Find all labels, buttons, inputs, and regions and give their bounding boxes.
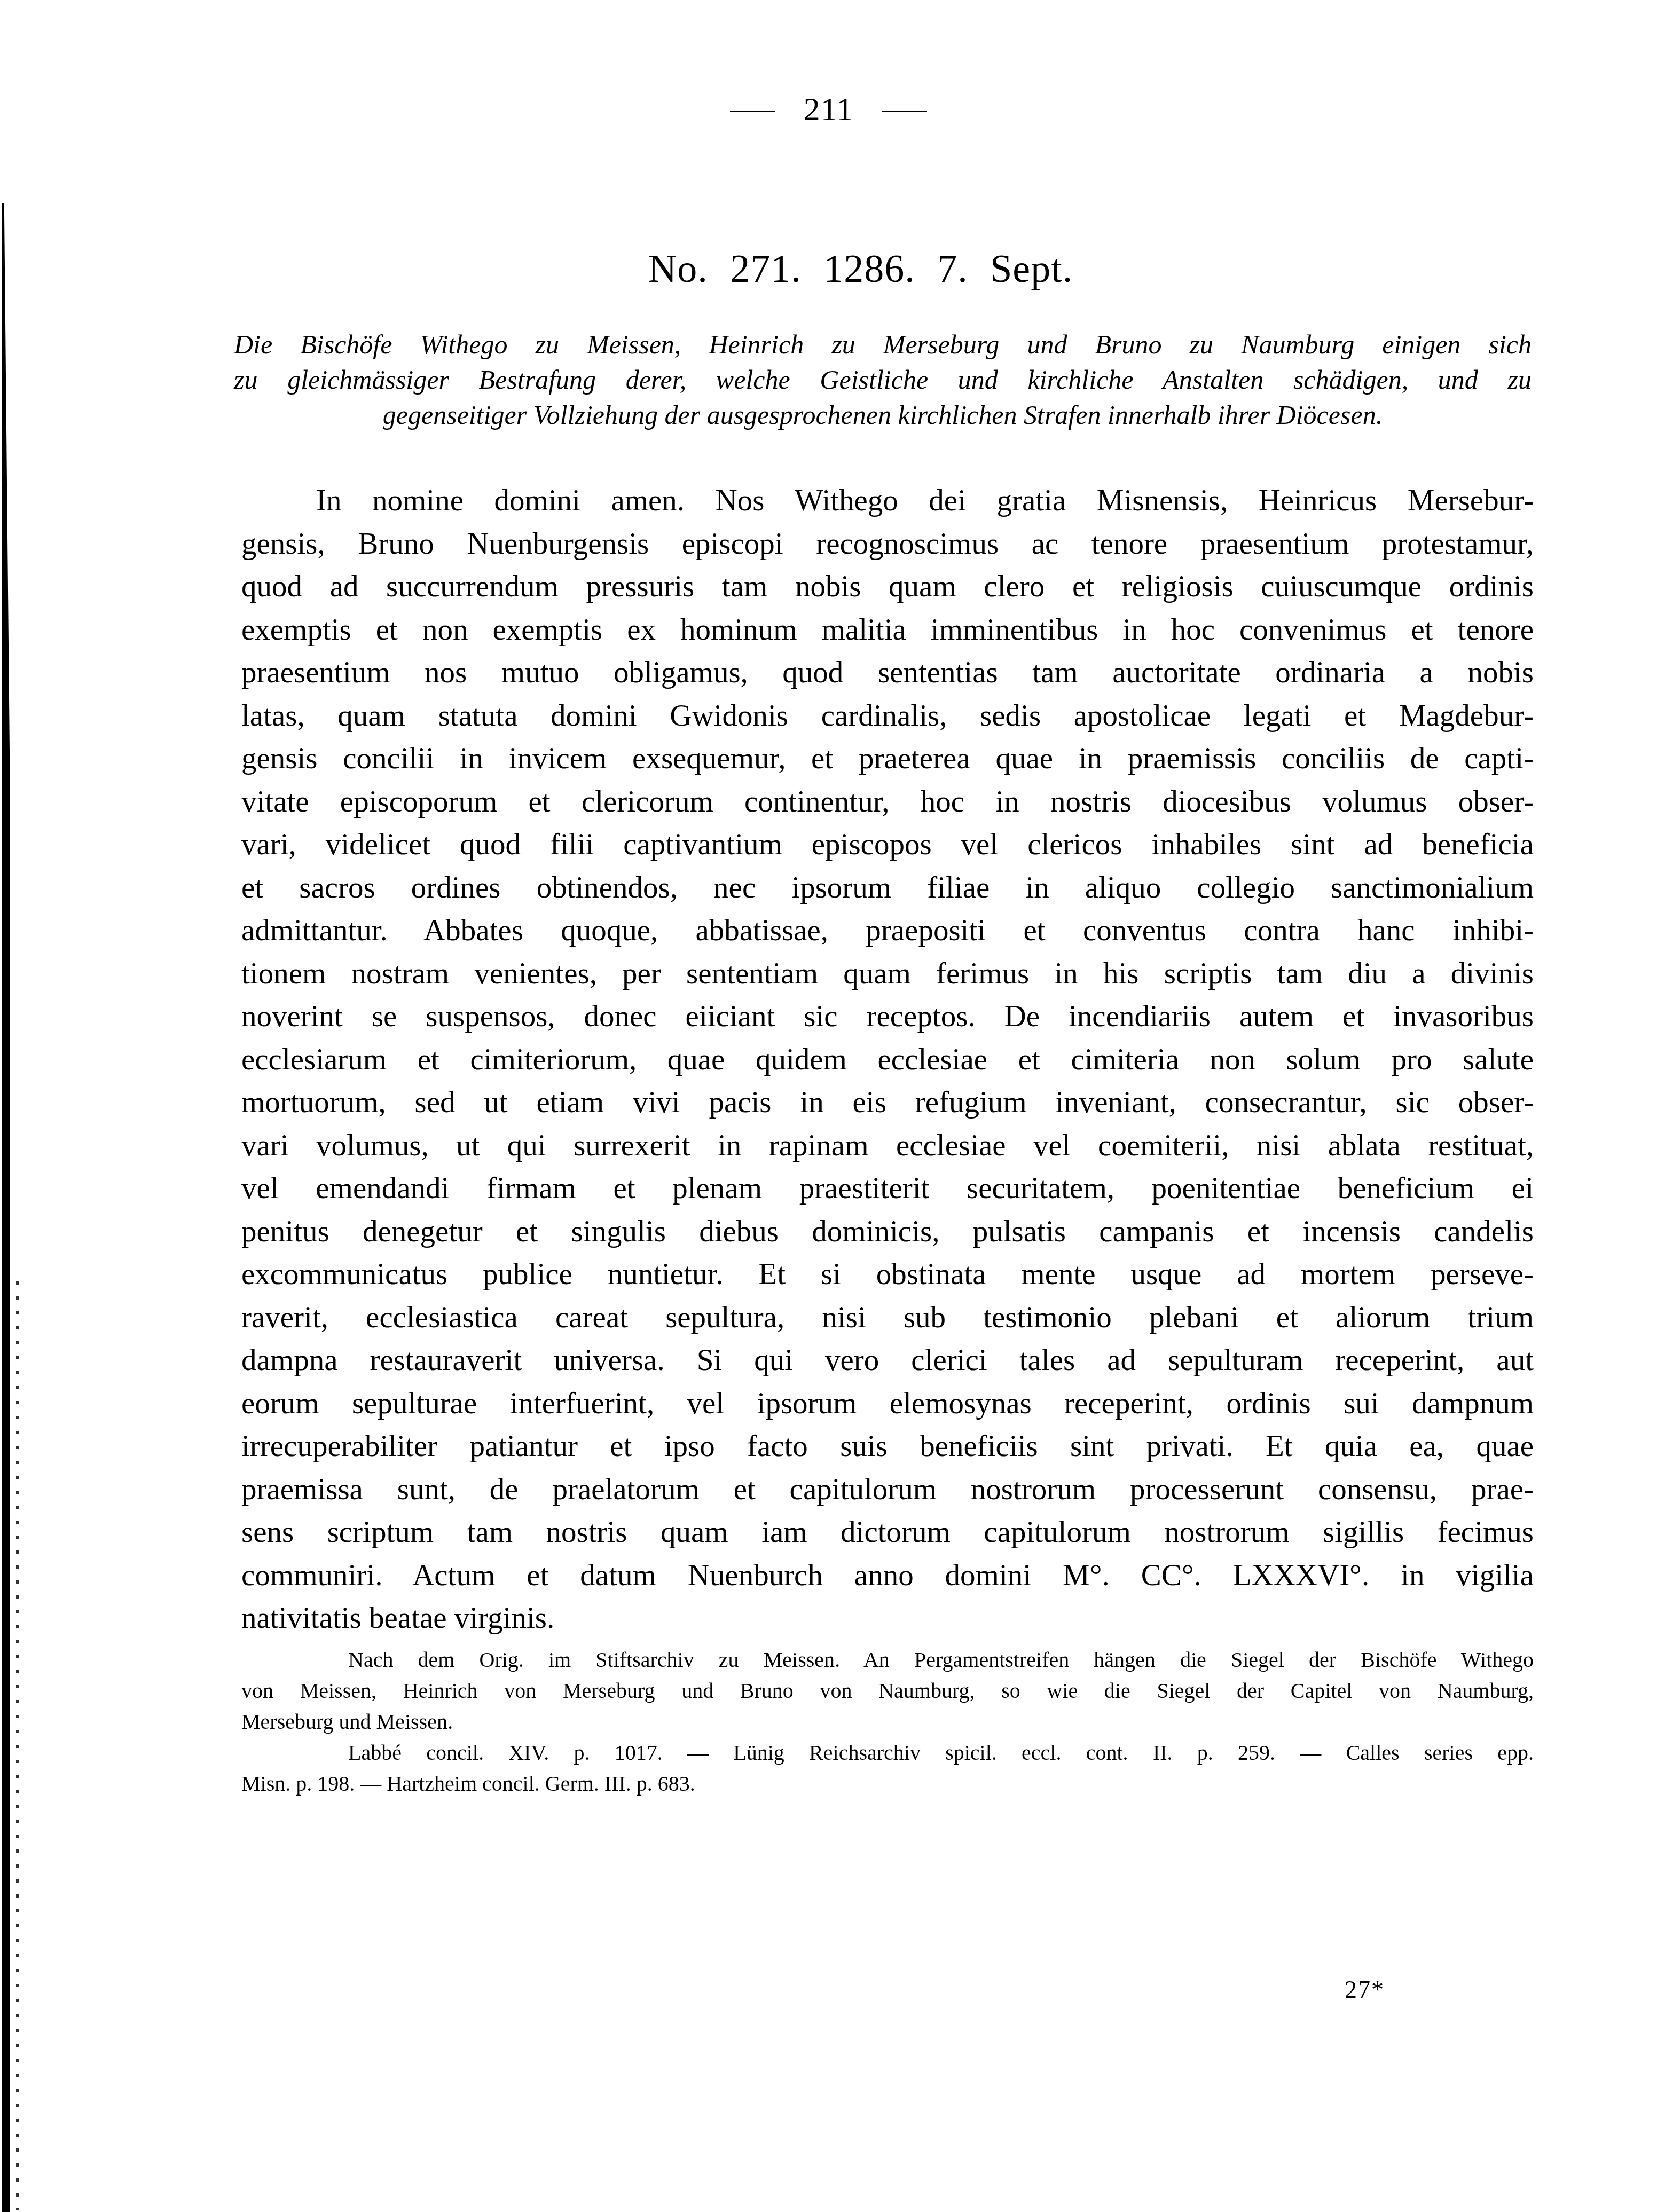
body-line: et sacros ordines obtinendos, nec ipsoru… (241, 867, 1534, 910)
header-rule-left (730, 111, 775, 112)
body-line: penitus denegetur et singulis diebus dom… (241, 1210, 1534, 1254)
body-line: mortuorum, sed ut etiam vivi pacis in ei… (241, 1081, 1534, 1124)
body-line: exemptis et non exemptis ex hominum mali… (241, 609, 1534, 652)
scan-edge-shadow (2, 203, 10, 2212)
body-line: nativitatis beatae virginis. (241, 1597, 1534, 1640)
body-line: communiri. Actum et datum Nuenburch anno… (241, 1554, 1534, 1597)
body-line: sens scriptum tam nostris quam iam dicto… (241, 1511, 1534, 1554)
body-line: irrecuperabiliter patiantur et ipso fact… (241, 1425, 1534, 1468)
body-line: gensis, Bruno Nuenburgensis episcopi rec… (241, 523, 1534, 566)
source-note-line: von Meissen, Heinrich von Merseburg und … (241, 1675, 1534, 1706)
charter-body-text: In nomine domini amen. Nos Withego dei g… (241, 479, 1534, 1640)
body-line: praesentium nos mutuo obligamus, quod se… (241, 651, 1534, 695)
body-line: latas, quam statuta domini Gwidonis card… (241, 695, 1534, 738)
body-line: In nomine domini amen. Nos Withego dei g… (241, 479, 1534, 523)
body-line: admittantur. Abbates quoque, abbatissae,… (241, 909, 1534, 953)
body-line: vari, videlicet quod filii captivantium … (241, 823, 1534, 867)
body-line: dampna restauraverit universa. Si qui ve… (241, 1339, 1534, 1382)
body-line: vel emendandi firmam et plenam praestite… (241, 1167, 1534, 1210)
source-note-line: Nach dem Orig. im Stiftsarchiv zu Meisse… (241, 1644, 1534, 1675)
literature-note-line: Misn. p. 198. — Hartzheim concil. Germ. … (241, 1768, 1534, 1799)
literature-note-line: Labbé concil. XIV. p. 1017. — Lünig Reic… (241, 1737, 1534, 1768)
printer-signature-mark: 27* (1345, 1975, 1385, 2004)
header-rule-right (882, 111, 927, 112)
source-notes: Nach dem Orig. im Stiftsarchiv zu Meisse… (241, 1644, 1534, 1799)
body-line: eorum sepulturae interfuerint, vel ipsor… (241, 1382, 1534, 1426)
body-line: noverint se suspensos, donec eiiciant si… (241, 995, 1534, 1038)
source-note-line: Merseburg und Meissen. (241, 1706, 1534, 1737)
regest-line: Die Bischöfe Withego zu Meissen, Heinric… (234, 327, 1532, 362)
scan-edge-noise (16, 1281, 19, 2210)
charter-title: No. 271. 1286. 7. Sept. (0, 247, 1657, 292)
body-line: tionem nostram venientes, per sententiam… (241, 953, 1534, 996)
body-line: vari volumus, ut qui surrexerit in rapin… (241, 1124, 1534, 1168)
regest-summary: Die Bischöfe Withego zu Meissen, Heinric… (234, 327, 1532, 432)
regest-line: gegenseitiger Vollziehung der ausgesproc… (234, 397, 1532, 432)
body-line: quod ad succurrendum pressuris tam nobis… (241, 565, 1534, 609)
page-number: 211 (804, 91, 854, 129)
body-line: vitate episcoporum et clericorum contine… (241, 781, 1534, 824)
body-line: praemissa sunt, de praelatorum et capitu… (241, 1468, 1534, 1512)
regest-line: zu gleichmässiger Bestrafung derer, welc… (234, 362, 1532, 397)
body-line: gensis concilii in invicem exsequemur, e… (241, 737, 1534, 781)
page-header: 211 (0, 91, 1657, 129)
body-line: ecclesiarum et cimiteriorum, quae quidem… (241, 1038, 1534, 1082)
body-line: raverit, ecclesiastica careat sepultura,… (241, 1296, 1534, 1340)
body-line: excommunicatus publice nuntietur. Et si … (241, 1253, 1534, 1296)
